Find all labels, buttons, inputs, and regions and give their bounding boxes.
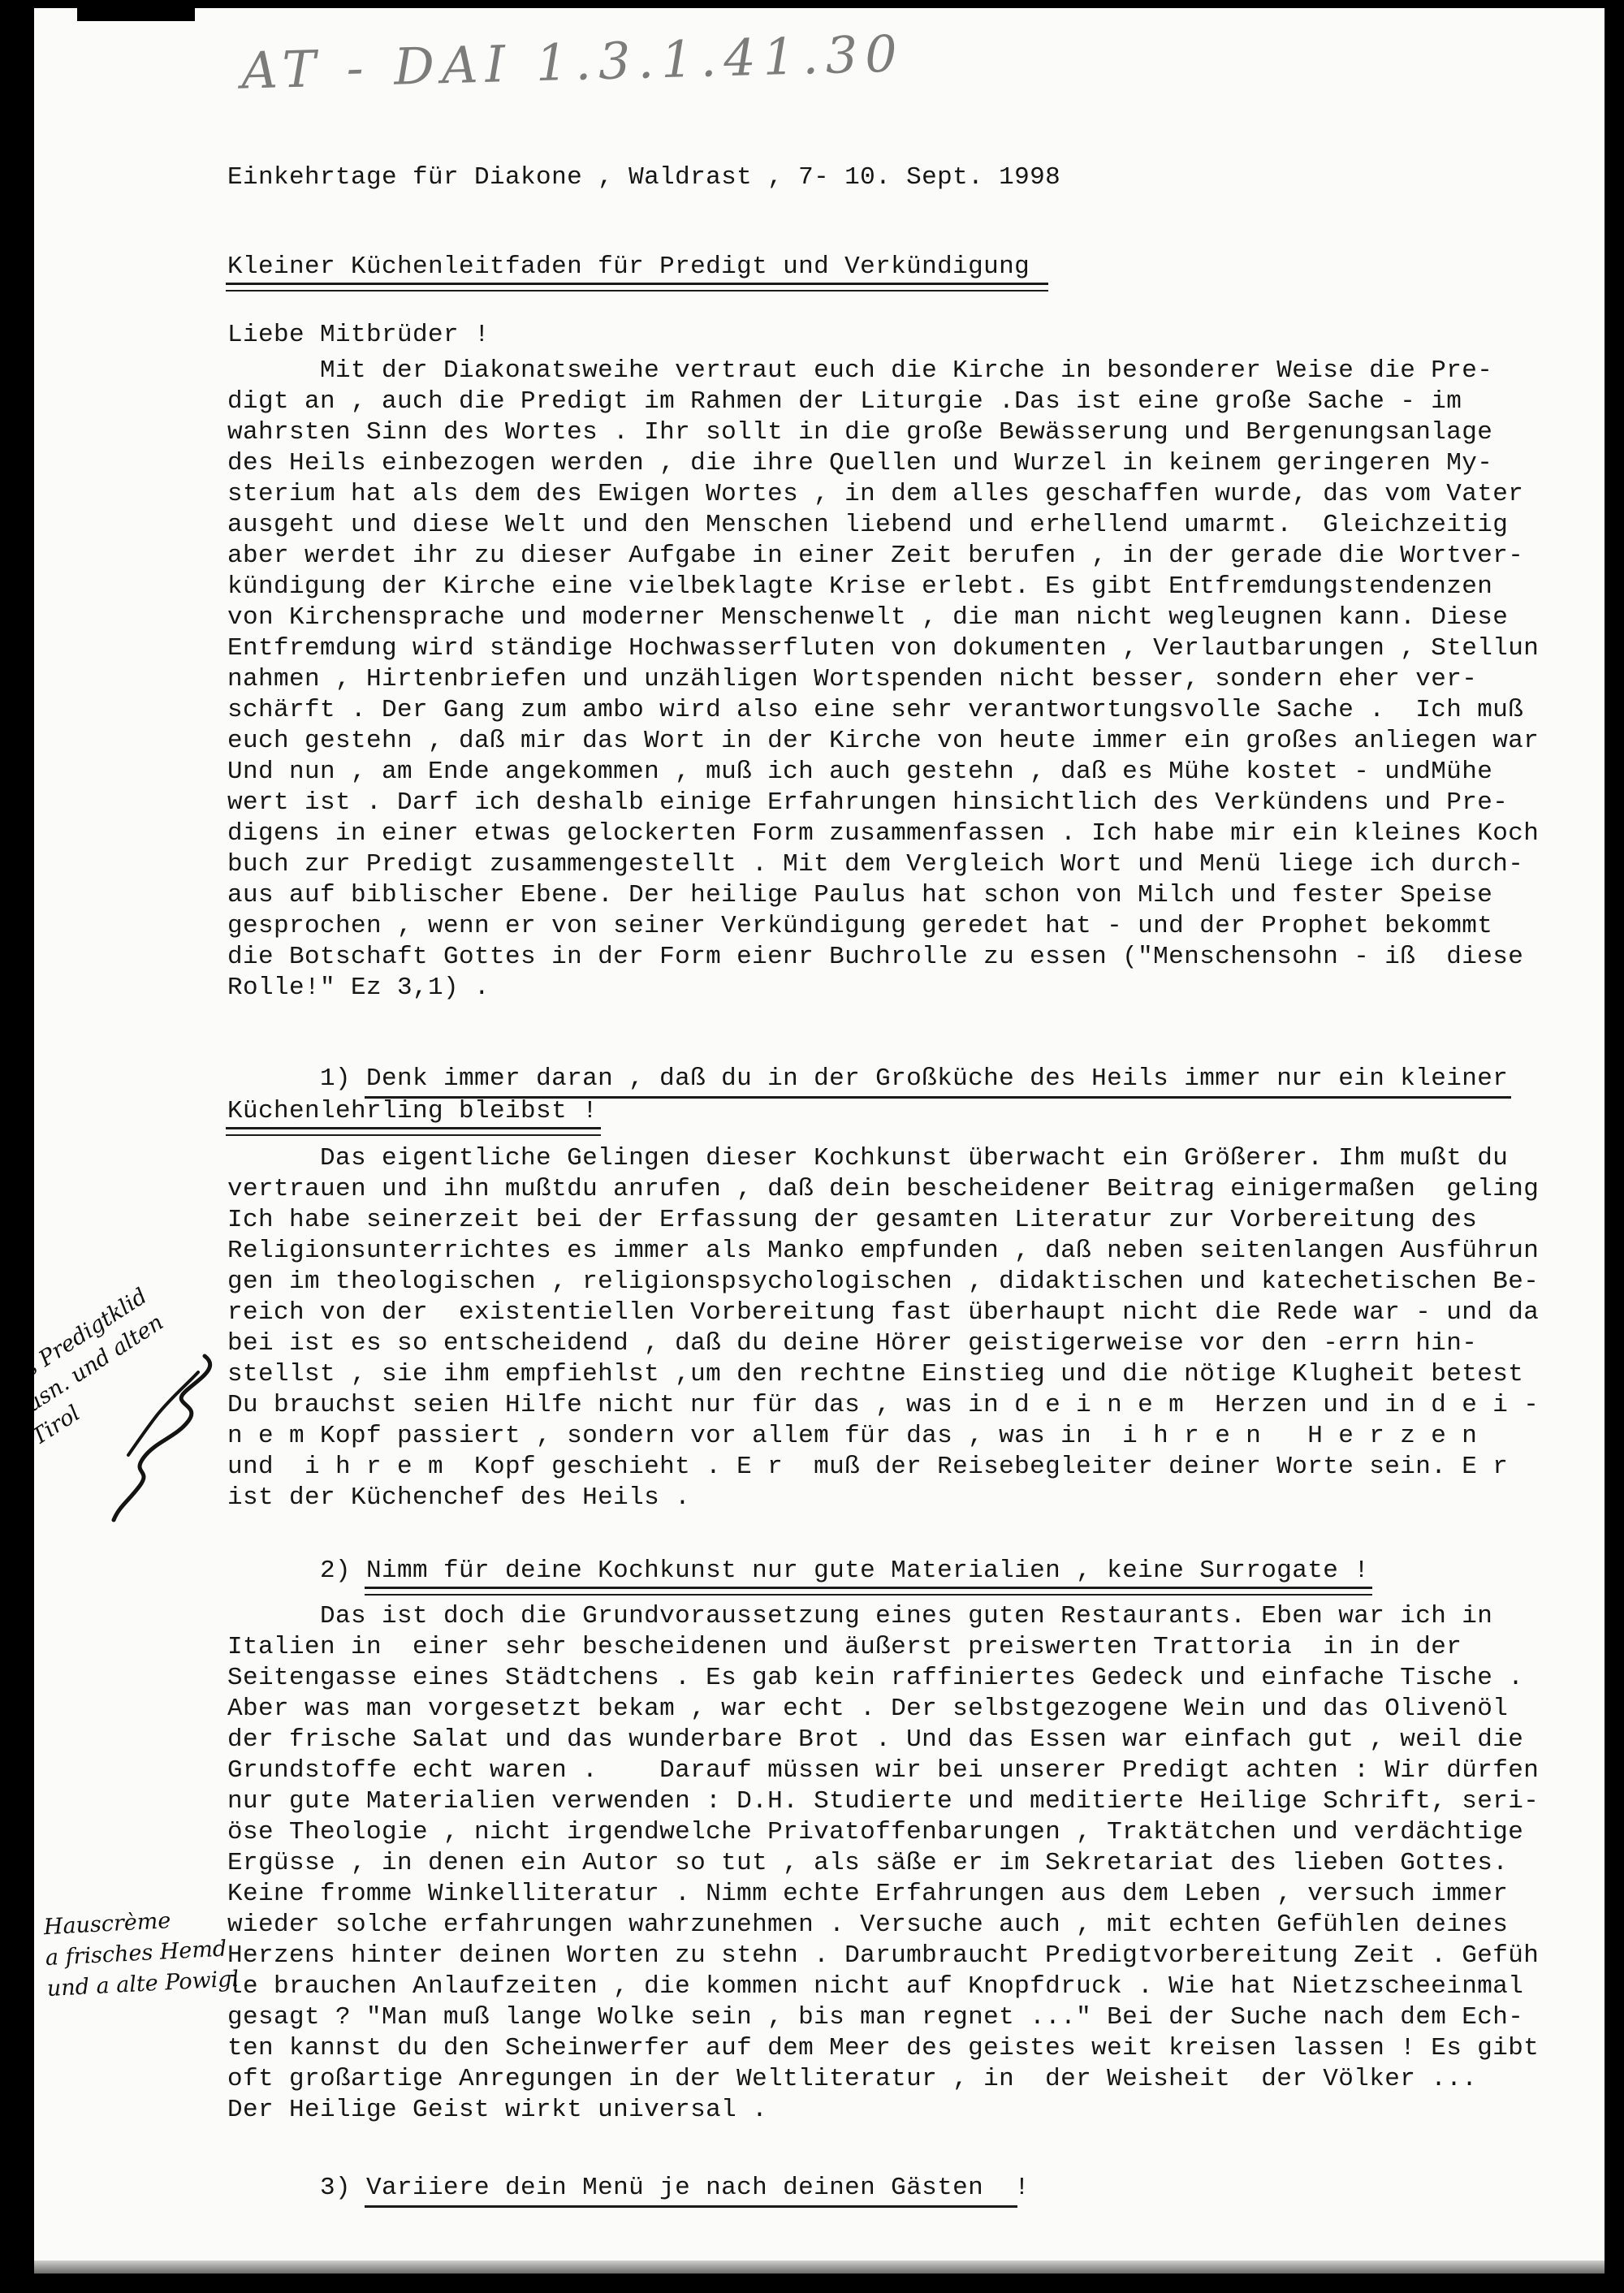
text-line: nur gute Materialien verwenden : D.H. St… (227, 1786, 1605, 1817)
text-line: gesagt ? "Man muß lange Wolke sein , bis… (227, 2002, 1605, 2033)
text-line: le brauchen Anlaufzeiten , die kommen ni… (227, 1971, 1605, 2002)
intro-paragraph: Mit der Diakonatsweihe vertraut euch die… (227, 356, 1605, 1004)
text-line: Seitengasse eines Städtchens . Es gab ke… (227, 1663, 1605, 1694)
text-line: Rolle!" Ez 3,1) . (227, 973, 1605, 1004)
text-line: kündigung der Kirche eine vielbeklagte K… (227, 572, 1605, 602)
section3-heading-underlined: Variiere dein Menü je nach deinen Gästen (366, 2174, 1014, 2202)
text-line: digt an , auch die Predigt im Rahmen der… (227, 386, 1605, 417)
handwritten-archive-code: AT - DAI 1.3.1.41.30 (240, 24, 905, 100)
text-line: ten kannst du den Scheinwerfer auf dem M… (227, 2033, 1605, 2064)
salutation: Liebe Mitbrüder ! (227, 320, 1605, 351)
section2-heading: 2) Nimm für deine Kochkunst nur gute Mat… (227, 1556, 1605, 1587)
text-line: Herzens hinter deinen Worten zu stehn . … (227, 1941, 1605, 1971)
margin-scribble-flourish (107, 1348, 221, 1527)
text-line: Religionsunterrichtes es immer als Manko… (227, 1236, 1605, 1267)
text-line: Grundstoffe echt waren . Darauf müssen w… (227, 1755, 1605, 1786)
heading-underlined-text: Kleiner Küchenleitfaden für Predigt und … (227, 253, 1045, 281)
section1-paragraph: Das eigentliche Gelingen dieser Kochkuns… (227, 1143, 1605, 1514)
text-line: gesprochen , wenn er von seiner Verkündi… (227, 911, 1605, 942)
text-line: Ergüsse , in denen ein Autor so tut , al… (227, 1848, 1605, 1879)
text-line: vertrauen und ihn mußtdu anrufen , daß d… (227, 1174, 1605, 1205)
section3-number: 3) (227, 2174, 366, 2202)
section3-heading: 3) Variiere dein Menü je nach deinen Gäs… (227, 2173, 1605, 2204)
text-line: ist der Küchenchef des Heils . (227, 1483, 1605, 1514)
section2-paragraph: Das ist doch die Grundvoraussetzung eine… (227, 1601, 1605, 2126)
text-line: Italien in einer sehr bescheidenen und ä… (227, 1632, 1605, 1663)
text-line: wahrsten Sinn des Wortes . Ihr sollt in … (227, 417, 1605, 448)
text-line: Aber was man vorgesetzt bekam , war echt… (227, 1694, 1605, 1725)
section2-heading-underlined: Nimm für deine Kochkunst nur gute Materi… (366, 1557, 1369, 1585)
text-line: gen im theologischen , religionspsycholo… (227, 1267, 1605, 1298)
text-line: des Heils einbezogen werden , die ihre Q… (227, 448, 1605, 479)
text-line: von Kirchensprache und moderner Menschen… (227, 602, 1605, 633)
text-line: öse Theologie , nicht irgendwelche Priva… (227, 1817, 1605, 1848)
section1-number: 1) (227, 1064, 366, 1093)
text-line: stellst , sie ihm empfiehlst ,um den rec… (227, 1359, 1605, 1390)
section1-heading-line2-text: Küchenlehrling bleibst ! (227, 1097, 598, 1125)
text-line: aus auf biblischer Ebene. Der heilige Pa… (227, 880, 1605, 911)
paper-page: AT - DAI 1.3.1.41.30 Einkehrtage für Dia… (34, 8, 1605, 2261)
scan-edge-notch (77, 0, 195, 21)
text-line: wert ist . Darf ich deshalb einige Erfah… (227, 788, 1605, 818)
text-line: Keine fromme Winkelliteratur . Nimm echt… (227, 1879, 1605, 1910)
text-line: die Botschaft Gottes in der Form eienr B… (227, 942, 1605, 973)
text-line: digens in einer etwas gelockerten Form z… (227, 818, 1605, 849)
text-line: nahmen , Hirtenbriefen und unzähligen Wo… (227, 664, 1605, 695)
handwritten-margin-note-2: Hauscrèmea frisches Hemdund a alte Powig… (43, 1905, 240, 2007)
text-line: bei ist es so entscheidend , daß du dein… (227, 1328, 1605, 1359)
document-title: Einkehrtage für Diakone , Waldrast , 7- … (227, 162, 1605, 193)
text-line: euch gestehn , daß mir das Wort in der K… (227, 726, 1605, 757)
text-line: aber werdet ihr zu dieser Aufgabe in ein… (227, 541, 1605, 572)
text-line: schärft . Der Gang zum ambo wird also ei… (227, 695, 1605, 726)
text-line: Und nun , am Ende angekommen , muß ich a… (227, 757, 1605, 788)
text-line: und i h r e m Kopf geschieht . E r muß d… (227, 1452, 1605, 1483)
text-line: der frische Salat und das wunderbare Bro… (227, 1725, 1605, 1755)
text-line: Ich habe seinerzeit bei der Erfassung de… (227, 1205, 1605, 1236)
text-line: Du brauchst seien Hilfe nicht nur für da… (227, 1390, 1605, 1421)
text-line: sterium hat als dem des Ewigen Wortes , … (227, 479, 1605, 510)
text-line: buch zur Predigt zusammengestellt . Mit … (227, 849, 1605, 880)
section1-heading: 1) Denk immer daran , daß du in der Groß… (227, 1064, 1605, 1095)
text-line: n e m Kopf passiert , sondern vor allem … (227, 1421, 1605, 1452)
text-line: Entfremdung wird ständige Hochwasserflut… (227, 633, 1605, 664)
text-line: reich von der existentiellen Vorbereitun… (227, 1298, 1605, 1328)
text-line: wieder solche erfahrungen wahrzunehmen .… (227, 1910, 1605, 1941)
text-line: Mit der Diakonatsweihe vertraut euch die… (227, 356, 1605, 386)
section2-number: 2) (227, 1557, 366, 1585)
text-line: Der Heilige Geist wirkt universal . (227, 2095, 1605, 2126)
section1-heading-line2: Küchenlehrling bleibst ! (227, 1096, 1605, 1127)
scan-bottom-edge-shadow (34, 2261, 1605, 2274)
section3-exclamation: ! (1014, 2174, 1030, 2202)
document-heading: Kleiner Küchenleitfaden für Predigt und … (227, 252, 1605, 283)
text-line: Das eigentliche Gelingen dieser Kochkuns… (227, 1143, 1605, 1174)
text-line: ausgeht und diese Welt und den Menschen … (227, 510, 1605, 541)
text-line: oft großartige Anregungen in der Weltlit… (227, 2064, 1605, 2095)
section1-heading-underlined: Denk immer daran , daß du in der Großküc… (366, 1064, 1508, 1093)
text-line: Das ist doch die Grundvoraussetzung eine… (227, 1601, 1605, 1632)
scanned-document: AT - DAI 1.3.1.41.30 Einkehrtage für Dia… (0, 0, 1624, 2293)
